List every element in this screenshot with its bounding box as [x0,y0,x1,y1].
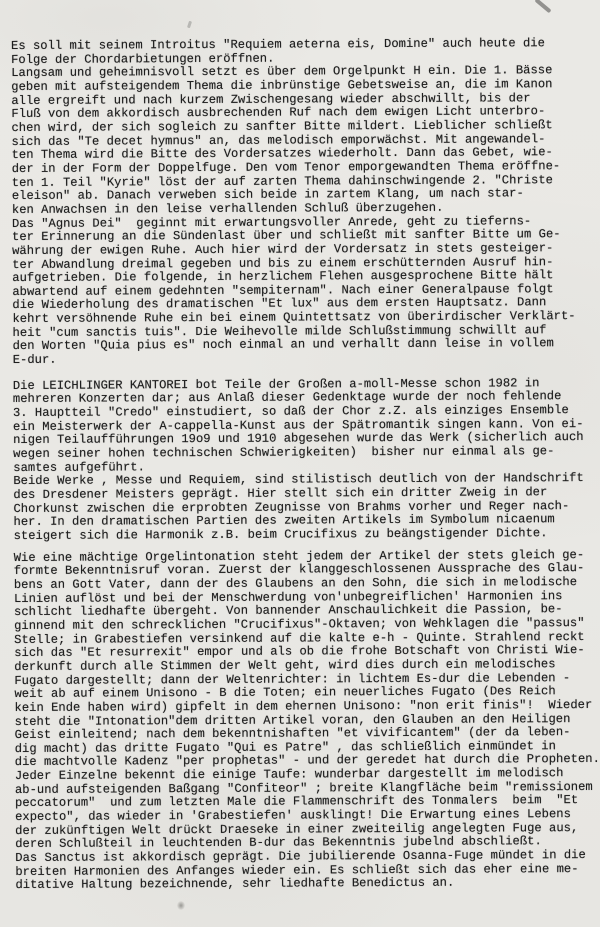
text-line: ditative Haltung bezeichnende, sehr lied… [15,876,600,893]
paragraph-block-kantorei: Die LEICHLINGER KANTOREI bot Teile der G… [13,377,599,544]
typewritten-text-area: Es soll mit seinem Introitus "Requiem ae… [11,37,600,893]
scan-artifact-top-streak [534,0,551,13]
text-line: steigert sich die Harmonik z.B. beim Cru… [14,527,599,544]
paragraph-block-credo: Wie eine mächtige Orgelintonation steht … [14,549,600,893]
scan-artifact-speck [187,21,192,29]
scan-artifact-smudge [177,901,185,910]
paragraph-block-requiem: Es soll mit seinem Introitus "Requiem ae… [11,37,598,368]
scanned-document-page: Es soll mit seinem Introitus "Requiem ae… [0,0,600,927]
